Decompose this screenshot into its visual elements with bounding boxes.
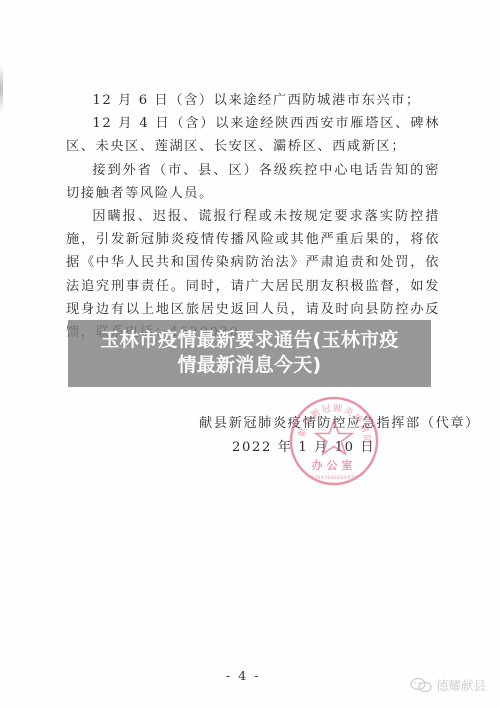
seal-center-text: 办公室 (312, 458, 357, 472)
account-watermark: 德耀献县 (410, 676, 486, 694)
star-icon (316, 421, 352, 454)
scan-edge-mark (0, 66, 3, 112)
document-body: 12 月 6 日（含）以来途经广西防城港市东兴市； 12 月 4 日（含）以来途… (66, 89, 440, 344)
page-number: - 4 - (226, 668, 260, 683)
document-page: 12 月 6 日（含）以来途经广西防城港市东兴市； 12 月 4 日（含）以来途… (0, 0, 500, 707)
watermark-text: 德耀献县 (436, 676, 486, 694)
banner-title-line-1: 玉林市疫情最新要求通告(玉林市疫 (68, 328, 431, 353)
official-seal: 献县新冠肺炎疫情防控应急指挥部 办公室 13092040165878 (288, 395, 380, 487)
title-banner: 玉林市疫情最新要求通告(玉林市疫 情最新消息今天) (68, 320, 431, 387)
paragraph-xian: 12 月 4 日（含）以来途经陕西西安市雁塔区、碑林区、未央区、莲湖区、长安区、… (66, 112, 440, 158)
seal-graphic: 献县新冠肺炎疫情防控应急指挥部 办公室 13092040165878 (288, 395, 380, 487)
svg-text:13092040165878: 13092040165878 (311, 475, 357, 481)
wechat-icon (410, 677, 432, 693)
svg-text:献县新冠肺炎疫情防控应急指挥部: 献县新冠肺炎疫情防控应急指挥部 (288, 395, 372, 445)
banner-title-line-2: 情最新消息今天) (68, 353, 431, 378)
paragraph-dongxing: 12 月 6 日（含）以来途经广西防城港市东兴市； (66, 89, 440, 112)
paragraph-close-contacts: 接到外省（市、县、区）各级疾控中心电话告知的密切接触者等风险人员。 (66, 159, 440, 205)
